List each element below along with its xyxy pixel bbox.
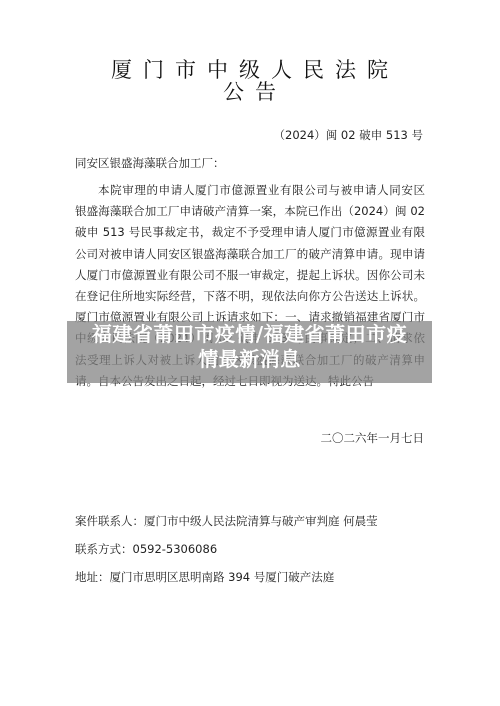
body-line: 人厦门市億源置业有限公司不服一审裁定，提起上诉状。因你公司未 [75,265,425,286]
body-line: 破申 513 号民事裁定书，裁定不予受理申请人厦门市億源置业有限 [75,222,425,243]
body-line: 银盛海藻联合加工厂申请破产清算一案，本院已作出（2024）闽 02 [75,201,425,222]
notice-page: 厦门市中级人民法院 公告 （2024）闽 02 破申 513 号 同安区银盛海藻… [0,0,500,706]
headline-overlay: 福建省莆田市疫情/福建省莆田市疫 情最新消息 [67,322,432,372]
body-line: 本院审理的申请人厦门市億源置业有限公司与被申请人同安区 [75,180,425,201]
headline-line-2: 情最新消息 [67,347,432,372]
body-line: 在登记住所地实际经营，下落不明，现依法向你方公告送达上诉状。 [75,286,425,307]
court-title: 厦门市中级人民法院 [0,58,500,82]
headline-line-1: 福建省莆田市疫情/福建省莆田市疫 [67,322,432,347]
contact-phone: 联系方式：0592-5306086 [75,541,217,557]
case-number: （2024）闽 02 破申 513 号 [274,127,423,143]
notice-title: 公告 [0,80,500,104]
contact-address: 地址：厦门市思明区思明南路 394 号厦门破产法庭 [75,569,334,585]
contact-person: 案件联系人：厦门市中级人民法院清算与破产审判庭 何晨莹 [75,513,378,529]
notice-date: 二〇二六年一月七日 [321,430,425,446]
body-line: 公司对被申请人同安区银盛海藻联合加工厂的破产清算申请。现申请 [75,244,425,265]
recipient: 同安区银盛海藻联合加工厂： [75,155,225,171]
